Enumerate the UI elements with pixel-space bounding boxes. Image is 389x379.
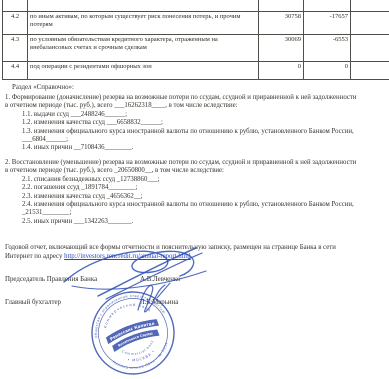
list-item-continuation: _21531________; [22, 209, 383, 217]
signature-role: Председатель Правления Банка [5, 276, 97, 283]
loss-provisions-table: 4.2 по иным активам, по которым существу… [2, 0, 389, 80]
table-row-partial [3, 0, 389, 12]
list-item: 2.1. списания безнадежных ссуд _12738860… [22, 176, 383, 184]
note-line2-prefix: Интернет по адресу [5, 253, 64, 260]
list-item: 1.2. изменения качества ссуд ___6658832_… [22, 119, 383, 127]
scanned-report-page: 4.2 по иным активам, по которым существу… [0, 0, 389, 379]
list-item: 2.5. иных причин ___1342263_______. [22, 218, 383, 226]
list-item: 2.3. изменения качества ссуд _4656362__; [22, 193, 383, 201]
row-value-3: 23516 [351, 35, 389, 62]
table-row: 4.3 по условным обязательствам кредитног… [3, 35, 389, 62]
cell-value [259, 0, 304, 12]
row-value-1: 30758 [259, 12, 304, 35]
annual-report-link[interactable]: http://investors.rencredit.ru/annual-rep… [64, 253, 191, 260]
list-item: 1.3. изменения официального курса иностр… [22, 128, 383, 136]
cell-value [351, 0, 389, 12]
row-value-2: -17657 [304, 12, 351, 35]
list-item: 2.4. изменения официального курса иностр… [22, 201, 383, 209]
para2-intro-line1: 2. Восстановление (уменьшение) резерва н… [5, 159, 383, 167]
paragraph-reserve-formation: 1. Формирование (доначисление) резерва н… [5, 94, 383, 153]
row-number: 4.2 [3, 12, 28, 35]
stamp-ring-top-text: Общество с ограниченной ответственностью [84, 283, 167, 339]
list-item-continuation: ___6804______; [22, 136, 383, 144]
signature-row-chairman: Председатель Правления Банка А.В.Левченк… [5, 276, 385, 286]
list-item: 2.2. погашения ссуд _1891784________; [22, 184, 383, 192]
cell-num [3, 0, 28, 12]
list-item: 1.1. выдачи ссуд ___2488246______; [22, 111, 383, 119]
signature-row-accountant: Главный бухгалтер Л.Б.Марьина [5, 299, 385, 309]
annual-report-note: Годовой отчет, включающий все формы отче… [5, 243, 383, 261]
row-description: под операции с резидентами офшорных зон [28, 62, 259, 80]
list-item: 1.4. иных причин __7108436________. [22, 144, 383, 152]
signature-name: Л.Б.Марьина [140, 299, 178, 306]
row-number: 4.4 [3, 62, 28, 80]
signature-role: Главный бухгалтер [5, 299, 61, 306]
svg-text:Ренессанс Капитал: Ренессанс Капитал [108, 318, 156, 342]
row-description: по иным активам, по которым существует р… [28, 12, 259, 35]
svg-text:Общество с ограниченной ответс: Общество с ограниченной ответственностью [84, 283, 167, 339]
stamp-ring-bottom-text: Коммерческий банк • № 3354 [111, 340, 174, 378]
signature-name: А.В.Левченко [140, 276, 180, 283]
row-value-3: 13101 [351, 12, 389, 35]
bank-stamp-icon: Общество с ограниченной ответственностью… [80, 280, 185, 379]
note-line1: Годовой отчет, включающий все формы отче… [5, 243, 383, 252]
row-description: по условным обязательствам кредитного ха… [28, 35, 259, 62]
stamp-latin-text: Commercial bank [120, 338, 157, 361]
row-value-1: 0 [259, 62, 304, 80]
svg-text:Renaissance Capital: Renaissance Capital [117, 330, 154, 348]
stamp-ribbon2-text: Renaissance Capital [117, 330, 154, 348]
row-value-2: -6553 [304, 35, 351, 62]
note-line2: Интернет по адресу http://investors.renc… [5, 252, 383, 261]
para1-intro-line2: в отчетном периоде (тыс. руб.), всего __… [5, 102, 383, 110]
svg-text:Коммерческий банк • № 3354: Коммерческий банк • № 3354 [111, 340, 174, 378]
stamp-ribbon1-text: Ренессанс Капитал [108, 318, 156, 342]
table-row: 4.4 под операции с резидентами офшорных … [3, 62, 389, 80]
cell-value [304, 0, 351, 12]
row-value-1: 30069 [259, 35, 304, 62]
stamp-city-text: • МОСКВА • [126, 348, 158, 366]
para1-intro-line1: 1. Формирование (доначисление) резерва н… [5, 94, 383, 102]
paragraph-reserve-recovery: 2. Восстановление (уменьшение) резерва н… [5, 159, 383, 226]
para2-intro-line2: в отчетном периоде (тыс. руб.), всего _2… [5, 167, 383, 175]
cell-text [28, 0, 259, 12]
section-header: Раздел «Справочно»: [12, 84, 74, 91]
svg-text:Commercial bank: Commercial bank [120, 338, 157, 361]
table-row: 4.2 по иным активам, по которым существу… [3, 12, 389, 35]
row-value-3: 0 [351, 62, 389, 80]
row-number: 4.3 [3, 35, 28, 62]
svg-text:• МОСКВА •: • МОСКВА • [126, 348, 158, 366]
row-value-2: 0 [304, 62, 351, 80]
